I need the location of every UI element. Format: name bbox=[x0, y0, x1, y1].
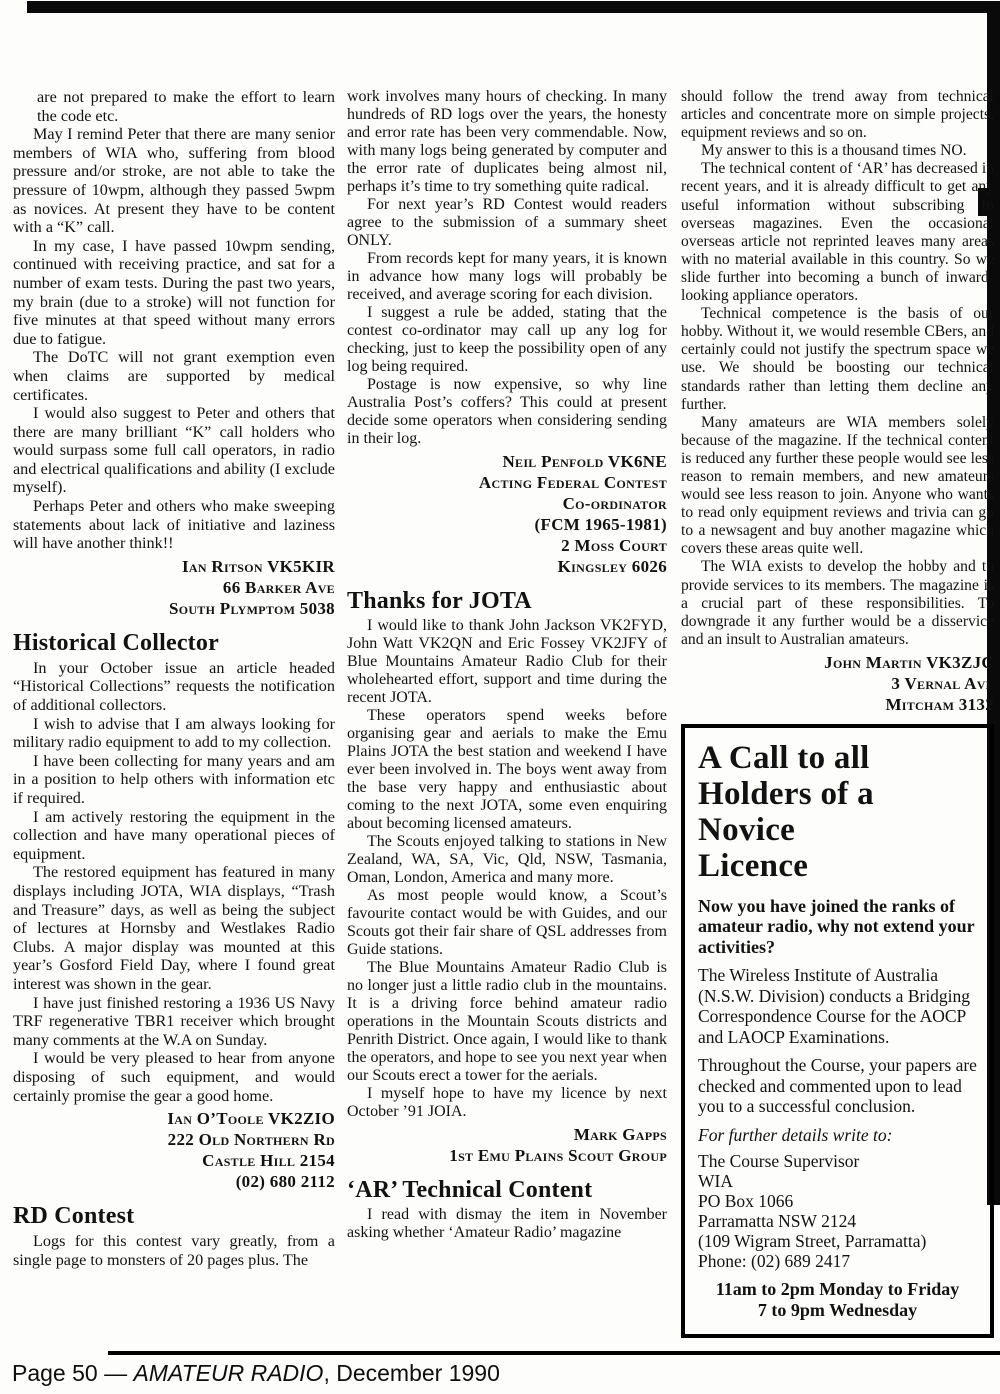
paragraph: Many amateurs are WIA members solely bec… bbox=[681, 414, 994, 559]
paragraph: Logs for this contest vary greatly, from… bbox=[13, 1232, 335, 1269]
column-right: should follow the trend away from techni… bbox=[681, 88, 994, 1338]
column-left: are not prepared to make the effort to l… bbox=[13, 88, 335, 1269]
ad-paragraph-papers: Throughout the Course, your papers are c… bbox=[698, 1055, 977, 1117]
ad-title-line: A Call to all bbox=[698, 740, 977, 776]
paragraph: are not prepared to make the effort to l… bbox=[13, 88, 335, 125]
signature-line: (02) 680 2112 bbox=[13, 1171, 335, 1192]
signature-line: Mitcham 3132 bbox=[681, 694, 994, 715]
paragraph: These operators spend weeks before organ… bbox=[347, 707, 667, 833]
paragraph: should follow the trend away from techni… bbox=[681, 88, 994, 142]
paragraph: Technical competence is the basis of our… bbox=[681, 305, 994, 414]
signature-line: Acting Federal Contest bbox=[347, 472, 667, 493]
signature-line: 1st Emu Plains Scout Group bbox=[347, 1145, 667, 1166]
heading-historical-collector: Historical Collector bbox=[13, 630, 335, 656]
signature-line: Kingsley 6026 bbox=[347, 556, 667, 577]
paragraph: The WIA exists to develop the hobby and … bbox=[681, 558, 994, 648]
paragraph: I read with dismay the item in November … bbox=[347, 1206, 667, 1242]
signature-line: Ian O’Toole VK2ZIO bbox=[13, 1108, 335, 1129]
heading-thanks-for-jota: Thanks for JOTA bbox=[347, 588, 667, 614]
signature-line: 222 Old Northern Rd bbox=[13, 1129, 335, 1150]
paragraph: I am actively restoring the equipment in… bbox=[13, 808, 335, 864]
signature-line: (FCM 1965-1981) bbox=[347, 514, 667, 535]
signature-line: John Martin VK3ZJC bbox=[681, 652, 994, 673]
paragraph: I have just finished restoring a 1936 US… bbox=[13, 994, 335, 1050]
ad-address-line: WIA bbox=[698, 1171, 977, 1191]
ad-address-block: The Course SupervisorWIAPO Box 1066Parra… bbox=[698, 1151, 977, 1271]
signature-line: Mark Gapps bbox=[347, 1124, 667, 1145]
ad-intro-text: Now you have joined the ranks of amateur… bbox=[698, 896, 977, 958]
ad-hours-line: 11am to 2pm Monday to Friday bbox=[698, 1279, 977, 1301]
letter-jota-body: I would like to thank John Jackson VK2FY… bbox=[347, 617, 667, 1121]
letter-rd-contest-body: Logs for this contest vary greatly, from… bbox=[13, 1232, 335, 1269]
paragraph: The restored equipment has featured in m… bbox=[13, 863, 335, 993]
paragraph: I have been collecting for many years an… bbox=[13, 752, 335, 808]
paragraph: Perhaps Peter and others who make sweepi… bbox=[13, 497, 335, 553]
ad-title-line: Licence bbox=[698, 848, 977, 884]
paragraph: From records kept for many years, it is … bbox=[347, 250, 667, 304]
ad-office-hours: 11am to 2pm Monday to Friday7 to 9pm Wed… bbox=[698, 1279, 977, 1322]
letter-ar-technical-body: I read with dismay the item in November … bbox=[347, 1206, 667, 1242]
ad-title: A Call to allHolders of aNoviceLicence bbox=[698, 740, 977, 884]
ad-address-line: Parramatta NSW 2124 bbox=[698, 1211, 977, 1231]
footer-rule bbox=[108, 1351, 1000, 1355]
letter-morse-code-body: are not prepared to make the effort to l… bbox=[13, 88, 335, 553]
signature-block-martin: John Martin VK3ZJC3 Vernal AveMitcham 31… bbox=[681, 652, 994, 715]
novice-licence-advertisement: A Call to allHolders of aNoviceLicence N… bbox=[681, 724, 994, 1338]
heading-ar-technical-content: ‘AR’ Technical Content bbox=[347, 1177, 667, 1203]
footer-page-number: Page 50 — bbox=[12, 1360, 133, 1386]
heading-rd-contest: RD Contest bbox=[13, 1203, 335, 1229]
scan-artifact-top-bar bbox=[27, 1, 1000, 13]
signature-line: 2 Moss Court bbox=[347, 535, 667, 556]
column-middle: work involves many hours of checking. In… bbox=[347, 88, 667, 1242]
paragraph: I would also suggest to Peter and others… bbox=[13, 404, 335, 497]
ad-paragraph-course: The Wireless Institute of Australia (N.S… bbox=[698, 965, 977, 1047]
ad-address-line: (109 Wigram Street, Parramatta) bbox=[698, 1231, 977, 1251]
paragraph: I would be very pleased to hear from any… bbox=[13, 1049, 335, 1105]
signature-block-ritson: Ian Ritson VK5KIR66 Barker AveSouth Plym… bbox=[13, 556, 335, 619]
paragraph: work involves many hours of checking. In… bbox=[347, 88, 667, 196]
paragraph: In your October issue an article headed … bbox=[13, 659, 335, 715]
page-footer: Page 50 — AMATEUR RADIO, December 1990 bbox=[12, 1360, 500, 1387]
paragraph: I suggest a rule be added, stating that … bbox=[347, 304, 667, 376]
paragraph: The Scouts enjoyed talking to stations i… bbox=[347, 833, 667, 887]
paragraph: The DoTC will not grant exemption even w… bbox=[13, 348, 335, 404]
paragraph: I wish to advise that I am always lookin… bbox=[13, 715, 335, 752]
ad-address-line: PO Box 1066 bbox=[698, 1191, 977, 1211]
signature-line: Co-ordinator bbox=[347, 493, 667, 514]
paragraph: The technical content of ‘AR’ has decrea… bbox=[681, 160, 994, 305]
signature-line: Ian Ritson VK5KIR bbox=[13, 556, 335, 577]
signature-line: 66 Barker Ave bbox=[13, 577, 335, 598]
paragraph: My answer to this is a thousand times NO… bbox=[681, 142, 994, 160]
ad-title-line: Novice bbox=[698, 812, 977, 848]
signature-line: 3 Vernal Ave bbox=[681, 673, 994, 694]
magazine-page: are not prepared to make the effort to l… bbox=[0, 0, 1000, 1394]
signature-line: Neil Penfold VK6NE bbox=[347, 451, 667, 472]
letter-rd-contest-continued: work involves many hours of checking. In… bbox=[347, 88, 667, 448]
signature-line: South Plymptom 5038 bbox=[13, 598, 335, 619]
paragraph: For next year’s RD Contest would readers… bbox=[347, 196, 667, 250]
ad-hours-line: 7 to 9pm Wednesday bbox=[698, 1300, 977, 1322]
paragraph: I myself hope to have my licence by next… bbox=[347, 1085, 667, 1121]
paragraph: I would like to thank John Jackson VK2FY… bbox=[347, 617, 667, 707]
letter-historical-collector-body: In your October issue an article headed … bbox=[13, 659, 335, 1105]
signature-block-otoole: Ian O’Toole VK2ZIO222 Old Northern RdCas… bbox=[13, 1108, 335, 1192]
footer-magazine-title: AMATEUR RADIO bbox=[133, 1360, 323, 1386]
signature-line: Castle Hill 2154 bbox=[13, 1150, 335, 1171]
letter-ar-technical-continued: should follow the trend away from techni… bbox=[681, 88, 994, 649]
ad-write-to-label: For further details write to: bbox=[698, 1125, 977, 1145]
footer-issue-date: , December 1990 bbox=[323, 1360, 499, 1386]
paragraph: As most people would know, a Scout’s fav… bbox=[347, 887, 667, 959]
paragraph: Postage is now expensive, so why line Au… bbox=[347, 376, 667, 448]
paragraph: May I remind Peter that there are many s… bbox=[13, 125, 335, 237]
paragraph: The Blue Mountains Amateur Radio Club is… bbox=[347, 959, 667, 1085]
signature-block-gapps: Mark Gapps1st Emu Plains Scout Group bbox=[347, 1124, 667, 1166]
ad-address-line: Phone: (02) 689 2417 bbox=[698, 1251, 977, 1271]
signature-block-penfold: Neil Penfold VK6NEActing Federal Contest… bbox=[347, 451, 667, 577]
paragraph: In my case, I have passed 10wpm sending,… bbox=[13, 237, 335, 349]
ad-title-line: Holders of a bbox=[698, 776, 977, 812]
ad-address-line: The Course Supervisor bbox=[698, 1151, 977, 1171]
